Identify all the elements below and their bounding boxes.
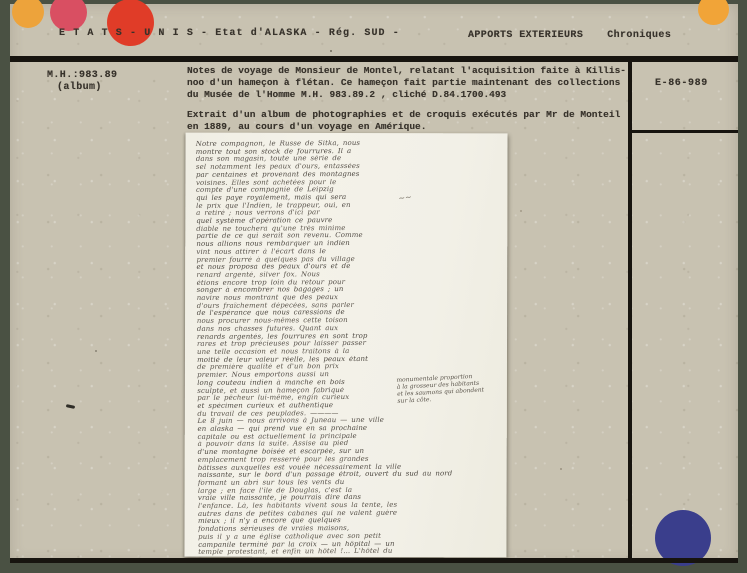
caption-paragraph-2: Extrait d'un album de photographies et d… [187,109,637,133]
paper-speck [560,468,562,470]
caption-line: du Musée de l'Homme M.H. 983.89.2 , clic… [187,89,637,101]
caption-line: Extrait d'un album de photographies et d… [187,109,637,121]
caption-line: en 1889, au cours d'un voyage en Amériqu… [187,121,637,133]
manuscript-line: temple protestant, et enfin un hôtel !..… [198,547,500,557]
scanned-archive-card: E T A T S - U N I S - Etat d'ALASKA - Ré… [0,0,747,573]
inventory-number: M.H.:983.89 [47,70,117,82]
classification-secondary: Chroniques [607,30,671,41]
classification-primary: APPORTS EXTERIEURS [468,30,583,41]
caption-paragraph-1: Notes de voyage de Monsieur de Montel, r… [187,65,637,101]
paper-speck [520,210,522,212]
inventory-label: M.H.:983.89 (album) [47,70,117,94]
paper-speck [330,50,332,52]
paper-speck [95,350,97,352]
caption-line: Notes de voyage de Monsieur de Montel, r… [187,65,637,77]
manuscript-margin-note: monumentale proportionà la grosseur des … [396,372,499,405]
manuscript-text: Notre compagnon, le Russe de Sitka, nous… [196,139,501,557]
red-sticker-left-icon [107,0,154,46]
region-header: E T A T S - U N I S - Etat d'ALASKA - Ré… [59,28,400,39]
inventory-sub-label: (album) [57,82,117,94]
marginal-scribble: ∼∼ [398,192,413,203]
right-panel-divider-rule [632,130,738,133]
caption-line: noo d'un hameçon à flétan. Ce hameçon fa… [187,77,637,89]
manuscript-page: Notre compagnon, le Russe de Sitka, nous… [184,133,507,558]
caption-block: Notes de voyage de Monsieur de Montel, r… [187,65,637,141]
bottom-divider-rule [10,558,738,563]
classification-header: APPORTS EXTERIEURS Chroniques [468,30,671,41]
negative-number-label: E-86-989 [655,78,708,89]
